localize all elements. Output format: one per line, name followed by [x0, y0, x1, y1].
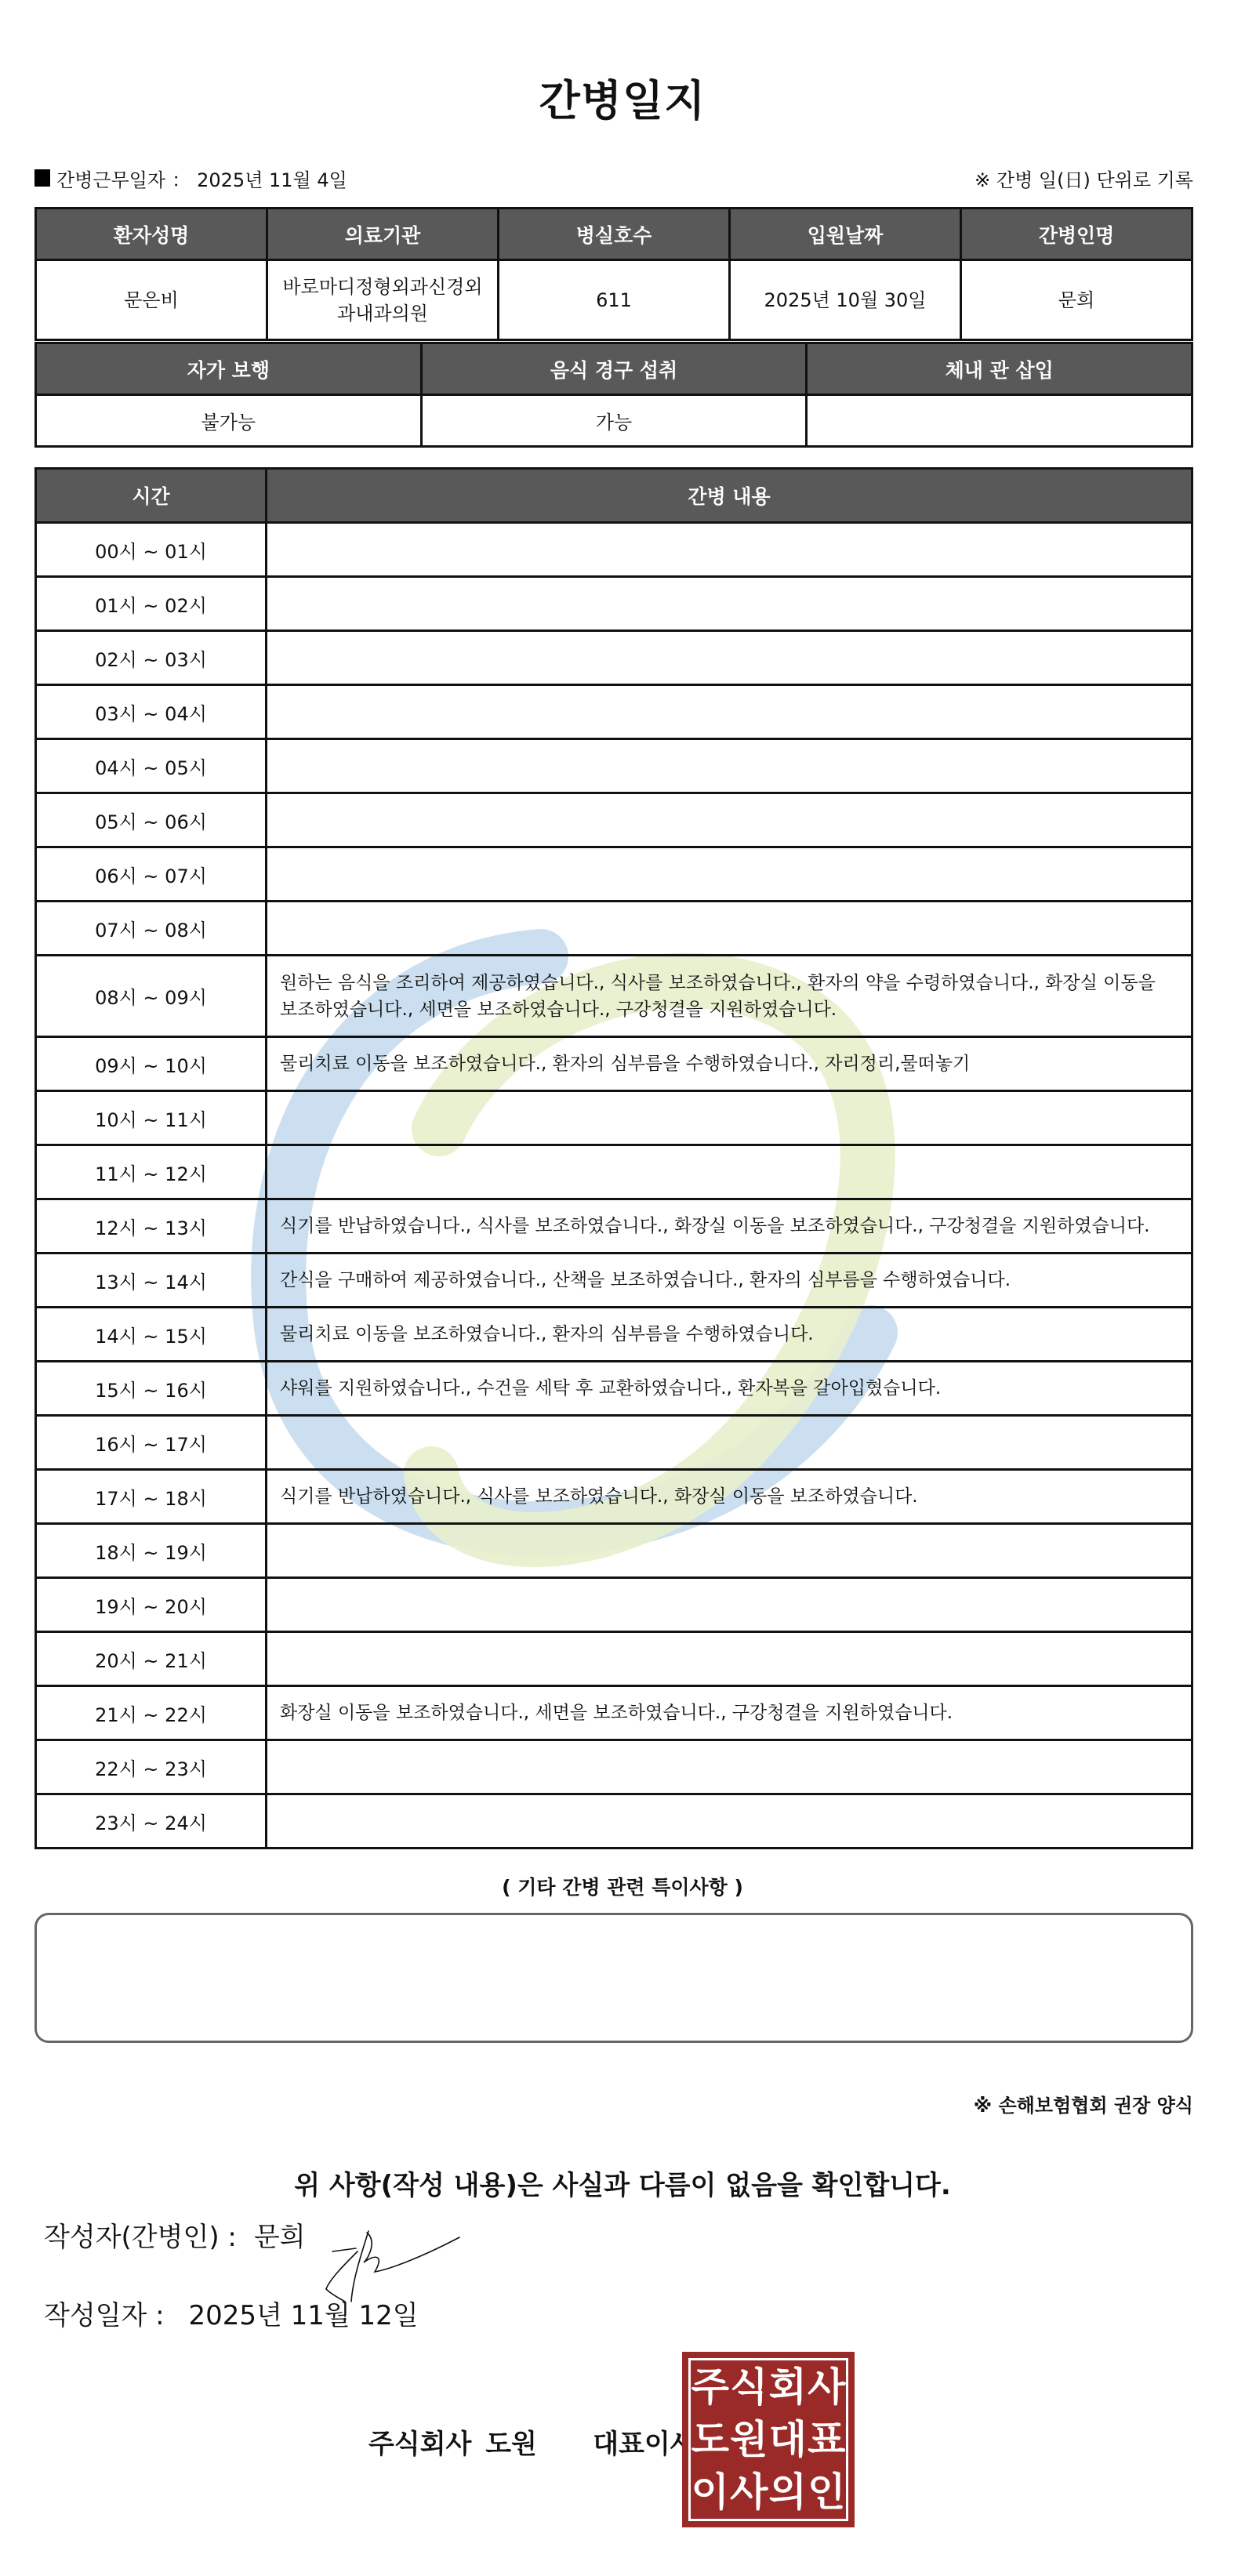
time-slot: 02시 ~ 03시: [36, 631, 267, 685]
header-care-content: 간병 내용: [267, 469, 1192, 523]
header-caregiver-name: 간병인명: [961, 209, 1192, 260]
care-content[interactable]: 샤워를 지원하였습니다., 수건을 세탁 후 교환하였습니다., 환자복을 갈아…: [267, 1362, 1192, 1416]
care-content[interactable]: 식기를 반납하였습니다., 식사를 보조하였습니다., 화장실 이동을 보조하였…: [267, 1199, 1192, 1254]
care-content[interactable]: [267, 902, 1192, 956]
care-content[interactable]: [267, 1578, 1192, 1632]
time-slot: 18시 ~ 19시: [36, 1524, 267, 1578]
care-content[interactable]: [267, 1416, 1192, 1470]
care-content[interactable]: [267, 793, 1192, 847]
table-row: 15시 ~ 16시샤워를 지원하였습니다., 수건을 세탁 후 교환하였습니다.…: [36, 1362, 1192, 1416]
table-row: 08시 ~ 09시원하는 음식을 조리하여 제공하였습니다., 식사를 보조하였…: [36, 956, 1192, 1037]
header-admission-date: 입원날짜: [730, 209, 961, 260]
time-slot: 16시 ~ 17시: [36, 1416, 267, 1470]
care-content[interactable]: [267, 523, 1192, 577]
table-row: 06시 ~ 07시: [36, 847, 1192, 902]
room-number: 611: [499, 260, 730, 340]
care-log-body: 00시 ~ 01시01시 ~ 02시02시 ~ 03시03시 ~ 04시04시 …: [36, 523, 1192, 1849]
care-content[interactable]: 물리치료 이동을 보조하였습니다., 환자의 심부름을 수행하였습니다.: [267, 1308, 1192, 1362]
care-content[interactable]: [267, 739, 1192, 793]
time-slot: 12시 ~ 13시: [36, 1199, 267, 1254]
header-time: 시간: [36, 469, 267, 523]
table-row: 14시 ~ 15시물리치료 이동을 보조하였습니다., 환자의 심부름을 수행하…: [36, 1308, 1192, 1362]
time-slot: 01시 ~ 02시: [36, 577, 267, 631]
patient-info-table: 환자성명 의료기관 병실호수 입원날짜 간병인명 문은비 바로마디정형외과신경외…: [34, 207, 1193, 341]
table-row: 23시 ~ 24시: [36, 1794, 1192, 1849]
table-row: 02시 ~ 03시: [36, 631, 1192, 685]
table-row: 10시 ~ 11시: [36, 1091, 1192, 1145]
header-tube-insertion: 체내 관 삽입: [807, 343, 1192, 395]
care-content[interactable]: [267, 847, 1192, 902]
table-row: 04시 ~ 05시: [36, 739, 1192, 793]
care-content[interactable]: [267, 631, 1192, 685]
time-slot: 08시 ~ 09시: [36, 956, 267, 1037]
time-slot: 17시 ~ 18시: [36, 1470, 267, 1524]
tube-insertion-value: [807, 395, 1192, 447]
table-row: 12시 ~ 13시식기를 반납하였습니다., 식사를 보조하였습니다., 화장실…: [36, 1199, 1192, 1254]
table-row: 19시 ~ 20시: [36, 1578, 1192, 1632]
time-slot: 03시 ~ 04시: [36, 685, 267, 739]
care-content[interactable]: 원하는 음식을 조리하여 제공하였습니다., 식사를 보조하였습니다., 환자의…: [267, 956, 1192, 1037]
care-content[interactable]: [267, 1524, 1192, 1578]
care-log-table: 시간 간병 내용 00시 ~ 01시01시 ~ 02시02시 ~ 03시03시 …: [34, 467, 1193, 1849]
table-row: 18시 ~ 19시: [36, 1524, 1192, 1578]
care-content[interactable]: [267, 577, 1192, 631]
care-content[interactable]: 물리치료 이동을 보조하였습니다., 환자의 심부름을 수행하였습니다., 자리…: [267, 1037, 1192, 1091]
admission-date: 2025년 10월 30일: [730, 260, 961, 340]
care-content[interactable]: 식기를 반납하였습니다., 식사를 보조하였습니다., 화장실 이동을 보조하였…: [267, 1470, 1192, 1524]
care-content[interactable]: 화장실 이동을 보조하였습니다., 세면을 보조하였습니다., 구강청결을 지원…: [267, 1686, 1192, 1740]
time-slot: 11시 ~ 12시: [36, 1145, 267, 1199]
header-self-walking: 자가 보행: [36, 343, 422, 395]
oral-intake-value: 가능: [421, 395, 807, 447]
care-content[interactable]: [267, 1794, 1192, 1849]
table-row: 05시 ~ 06시: [36, 793, 1192, 847]
time-slot: 06시 ~ 07시: [36, 847, 267, 902]
time-slot: 09시 ~ 10시: [36, 1037, 267, 1091]
table-row: 00시 ~ 01시: [36, 523, 1192, 577]
care-content[interactable]: [267, 1145, 1192, 1199]
table-row: 21시 ~ 22시화장실 이동을 보조하였습니다., 세면을 보조하였습니다.,…: [36, 1686, 1192, 1740]
time-slot: 14시 ~ 15시: [36, 1308, 267, 1362]
table-row: 01시 ~ 02시: [36, 577, 1192, 631]
patient-name: 문은비: [36, 260, 267, 340]
time-slot: 13시 ~ 14시: [36, 1254, 267, 1308]
table-row: 22시 ~ 23시: [36, 1740, 1192, 1794]
time-slot: 21시 ~ 22시: [36, 1686, 267, 1740]
caregiver-name: 문희: [961, 260, 1192, 340]
header-patient-name: 환자성명: [36, 209, 267, 260]
table-row: 03시 ~ 04시: [36, 685, 1192, 739]
time-slot: 04시 ~ 05시: [36, 739, 267, 793]
table-row: 20시 ~ 21시: [36, 1632, 1192, 1686]
care-content[interactable]: [267, 1632, 1192, 1686]
time-slot: 00시 ~ 01시: [36, 523, 267, 577]
table-row: 11시 ~ 12시: [36, 1145, 1192, 1199]
self-walking-value: 불가능: [36, 395, 422, 447]
time-slot: 15시 ~ 16시: [36, 1362, 267, 1416]
time-slot: 07시 ~ 08시: [36, 902, 267, 956]
patient-status-table: 자가 보행 음식 경구 섭취 체내 관 삽입 불가능 가능: [34, 342, 1193, 448]
care-content[interactable]: [267, 685, 1192, 739]
table-row: 07시 ~ 08시: [36, 902, 1192, 956]
table-row: 09시 ~ 10시물리치료 이동을 보조하였습니다., 환자의 심부름을 수행하…: [36, 1037, 1192, 1091]
table-row: 17시 ~ 18시식기를 반납하였습니다., 식사를 보조하였습니다., 화장실…: [36, 1470, 1192, 1524]
care-content[interactable]: 간식을 구매하여 제공하였습니다., 산책을 보조하였습니다., 환자의 심부름…: [267, 1254, 1192, 1308]
time-slot: 20시 ~ 21시: [36, 1632, 267, 1686]
table-row: 13시 ~ 14시간식을 구매하여 제공하였습니다., 산책을 보조하였습니다.…: [36, 1254, 1192, 1308]
time-slot: 19시 ~ 20시: [36, 1578, 267, 1632]
time-slot: 22시 ~ 23시: [36, 1740, 267, 1794]
header-hospital: 의료기관: [267, 209, 499, 260]
header-oral-intake: 음식 경구 섭취: [421, 343, 807, 395]
header-room-number: 병실호수: [499, 209, 730, 260]
hospital-name: 바로마디정형외과신경외과내과의원: [267, 260, 499, 340]
time-slot: 05시 ~ 06시: [36, 793, 267, 847]
time-slot: 23시 ~ 24시: [36, 1794, 267, 1849]
time-slot: 10시 ~ 11시: [36, 1091, 267, 1145]
care-content[interactable]: [267, 1740, 1192, 1794]
table-row: 16시 ~ 17시: [36, 1416, 1192, 1470]
care-content[interactable]: [267, 1091, 1192, 1145]
